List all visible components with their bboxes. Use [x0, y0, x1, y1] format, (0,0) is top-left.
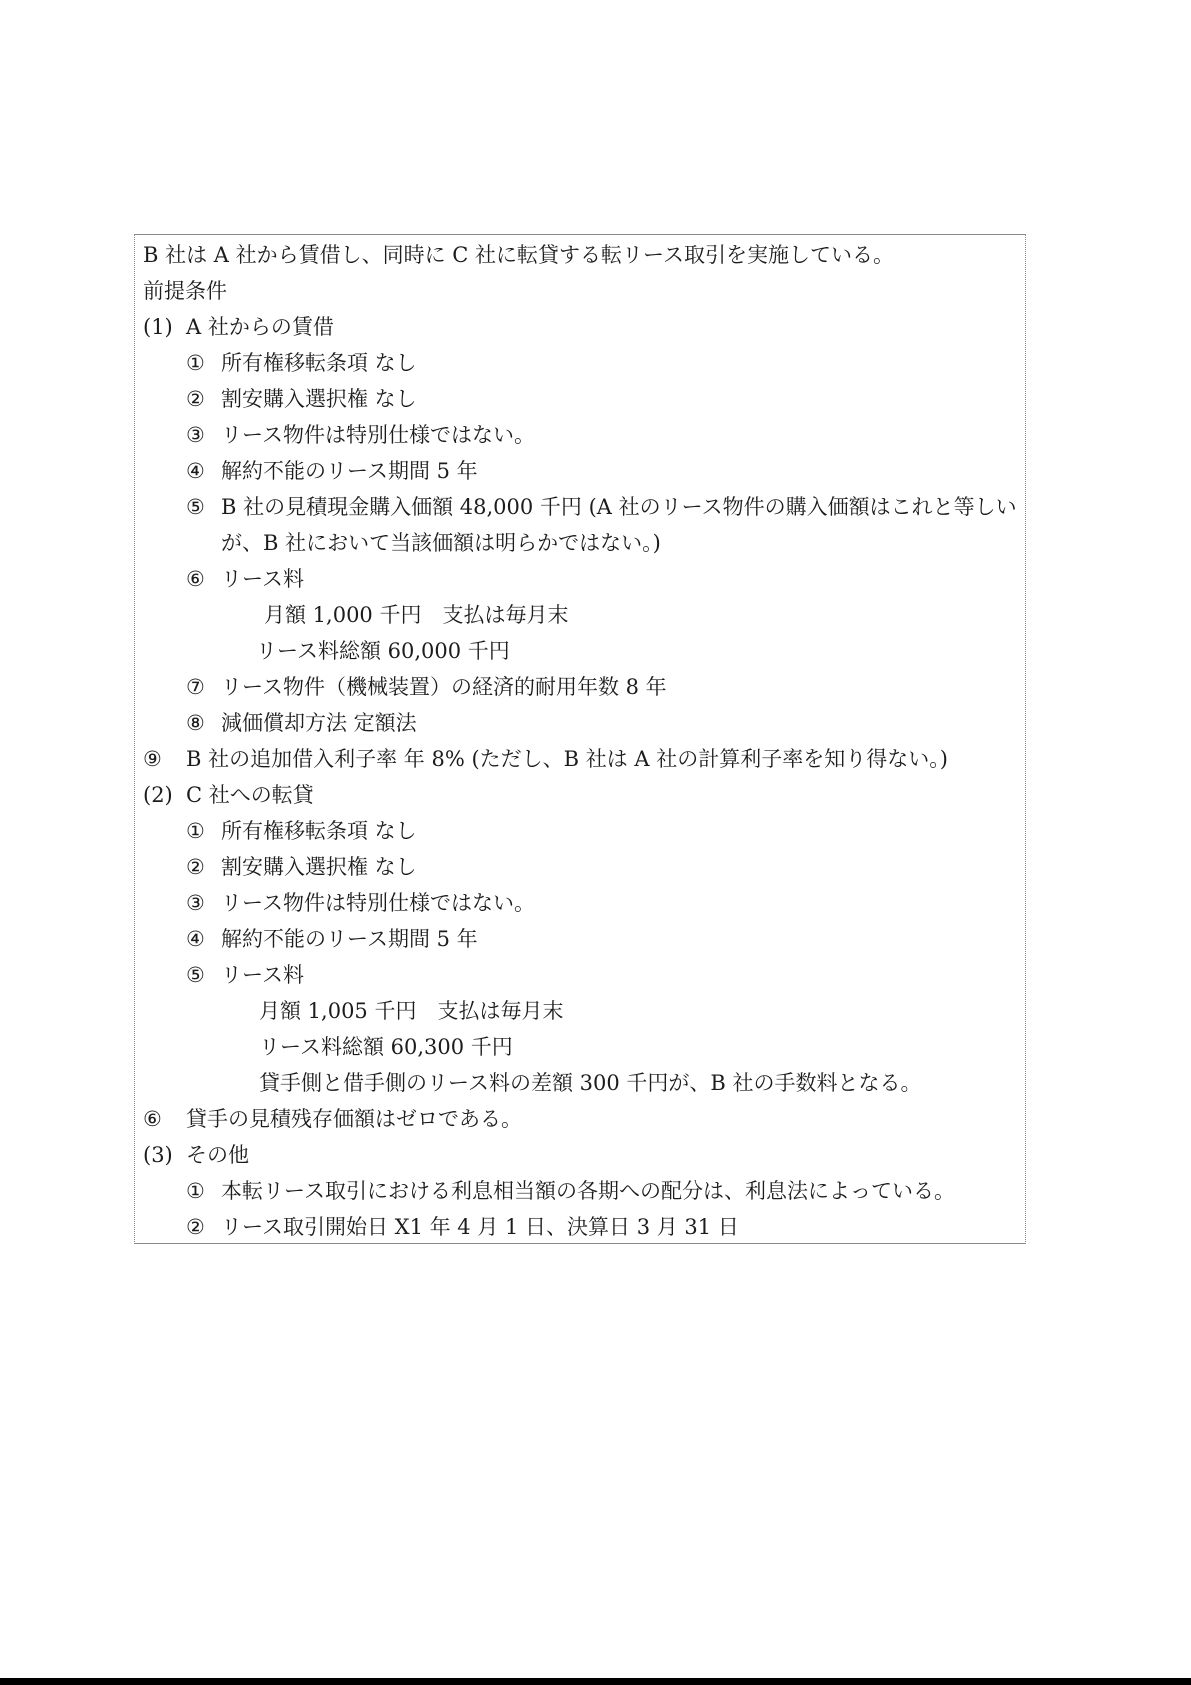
doc-line: ⑤B 社の見積現金購入価額 48,000 千円 (A 社のリース物件の購入価額は… — [135, 489, 1025, 525]
line-text: リース料総額 60,000 千円 — [256, 639, 510, 663]
line-text: 貸手の見積残存価額はゼロである。 — [186, 1107, 522, 1131]
line-text: A 社からの賃借 — [186, 315, 334, 339]
list-marker: ③ — [186, 885, 221, 921]
line-text: 所有権移転条項 なし — [221, 351, 417, 375]
page-bottom-scan-edge — [0, 1678, 1191, 1685]
line-text: B 社の見積現金購入価額 48,000 千円 (A 社のリース物件の購入価額はこ… — [221, 495, 1017, 519]
doc-line-sub: 月額 1,005 千円 支払は毎月末 — [135, 993, 1025, 1029]
doc-line-sub: リース料総額 60,000 千円 — [135, 633, 1025, 669]
list-marker: ① — [186, 345, 221, 381]
list-marker: ② — [186, 1209, 221, 1244]
line-text: リース料 — [221, 567, 304, 591]
line-text: リース料 — [221, 963, 304, 987]
list-marker: ⑦ — [186, 669, 221, 705]
doc-line: ②割安購入選択権 なし — [135, 381, 1025, 417]
doc-line: ⑧減価償却方法 定額法 — [135, 705, 1025, 741]
list-marker: ④ — [186, 921, 221, 957]
line-text: リース取引開始日 X1 年 4 月 1 日、決算日 3 月 31 日 — [221, 1215, 739, 1239]
doc-line-continuation: が、B 社において当該価額は明らかではない。) — [135, 525, 1025, 561]
line-text: その他 — [186, 1143, 249, 1167]
line-text: リース物件は特別仕様ではない。 — [221, 423, 535, 447]
doc-line: ②リース取引開始日 X1 年 4 月 1 日、決算日 3 月 31 日 — [135, 1209, 1025, 1244]
doc-line: ④解約不能のリース期間 5 年 — [135, 453, 1025, 489]
doc-line: ⑤リース料 — [135, 957, 1025, 993]
line-text: 解約不能のリース期間 5 年 — [221, 927, 478, 951]
line-text: 貸手側と借手側のリース料の差額 300 千円が、B 社の手数料となる。 — [259, 1071, 922, 1095]
list-marker: ② — [186, 849, 221, 885]
doc-line: ③リース物件は特別仕様ではない。 — [135, 417, 1025, 453]
list-marker: ⑧ — [186, 705, 221, 741]
line-text: リース物件は特別仕様ではない。 — [221, 891, 535, 915]
doc-line: ②割安購入選択権 なし — [135, 849, 1025, 885]
list-marker: ⑥ — [143, 1101, 186, 1137]
line-text: 割安購入選択権 なし — [221, 855, 417, 879]
doc-line-section-2: (2)C 社への転貸 — [135, 777, 1025, 813]
doc-line-heading: 前提条件 — [135, 273, 1025, 309]
line-text: 減価償却方法 定額法 — [221, 711, 417, 735]
doc-line: ①所有権移転条項 なし — [135, 813, 1025, 849]
doc-line: ①所有権移転条項 なし — [135, 345, 1025, 381]
doc-line-section-3: (3)その他 — [135, 1137, 1025, 1173]
list-marker: ③ — [186, 417, 221, 453]
doc-line-sub: 月額 1,000 千円 支払は毎月末 — [135, 597, 1025, 633]
doc-line: ③リース物件は特別仕様ではない。 — [135, 885, 1025, 921]
doc-line: ⑥貸手の見積残存価額はゼロである。 — [135, 1101, 1025, 1137]
line-text: リース料総額 60,300 千円 — [259, 1035, 513, 1059]
line-text: B 社は A 社から賃借し、同時に C 社に転貸する転リース取引を実施している。 — [143, 243, 894, 267]
line-text: C 社への転貸 — [186, 783, 314, 807]
line-text: が、B 社において当該価額は明らかではない。) — [221, 531, 661, 555]
list-marker: ⑨ — [143, 741, 186, 777]
list-marker: ⑥ — [186, 561, 221, 597]
page: B 社は A 社から賃借し、同時に C 社に転貸する転リース取引を実施している。… — [0, 0, 1191, 1685]
list-marker: ② — [186, 381, 221, 417]
list-marker: ① — [186, 1173, 221, 1209]
line-text: 月額 1,000 千円 支払は毎月末 — [264, 603, 568, 627]
line-text: 月額 1,005 千円 支払は毎月末 — [259, 999, 563, 1023]
line-text: 割安購入選択権 なし — [221, 387, 417, 411]
line-text: 本転リース取引における利息相当額の各期への配分は、利息法によっている。 — [221, 1179, 955, 1203]
line-text: 解約不能のリース期間 5 年 — [221, 459, 478, 483]
doc-line: ⑥リース料 — [135, 561, 1025, 597]
list-marker: ① — [186, 813, 221, 849]
conditions-box: B 社は A 社から賃借し、同時に C 社に転貸する転リース取引を実施している。… — [134, 234, 1026, 1244]
line-text: 所有権移転条項 なし — [221, 819, 417, 843]
doc-line-intro: B 社は A 社から賃借し、同時に C 社に転貸する転リース取引を実施している。 — [135, 237, 1025, 273]
doc-line: ④解約不能のリース期間 5 年 — [135, 921, 1025, 957]
list-marker: (3) — [143, 1137, 186, 1173]
doc-line: ⑨B 社の追加借入利子率 年 8% (ただし、B 社は A 社の計算利子率を知り… — [135, 741, 1025, 777]
line-text: リース物件（機械装置）の経済的耐用年数 8 年 — [221, 675, 667, 699]
list-marker: ⑤ — [186, 489, 221, 525]
doc-line-sub: リース料総額 60,300 千円 — [135, 1029, 1025, 1065]
list-marker: (1) — [143, 309, 186, 345]
line-text: 前提条件 — [143, 279, 227, 303]
list-marker: ④ — [186, 453, 221, 489]
doc-line-sub: 貸手側と借手側のリース料の差額 300 千円が、B 社の手数料となる。 — [135, 1065, 1025, 1101]
line-text: B 社の追加借入利子率 年 8% (ただし、B 社は A 社の計算利子率を知り得… — [186, 747, 948, 771]
list-marker: (2) — [143, 777, 186, 813]
doc-line: ⑦リース物件（機械装置）の経済的耐用年数 8 年 — [135, 669, 1025, 705]
doc-line-section-1: (1)A 社からの賃借 — [135, 309, 1025, 345]
list-marker: ⑤ — [186, 957, 221, 993]
doc-line: ①本転リース取引における利息相当額の各期への配分は、利息法によっている。 — [135, 1173, 1025, 1209]
